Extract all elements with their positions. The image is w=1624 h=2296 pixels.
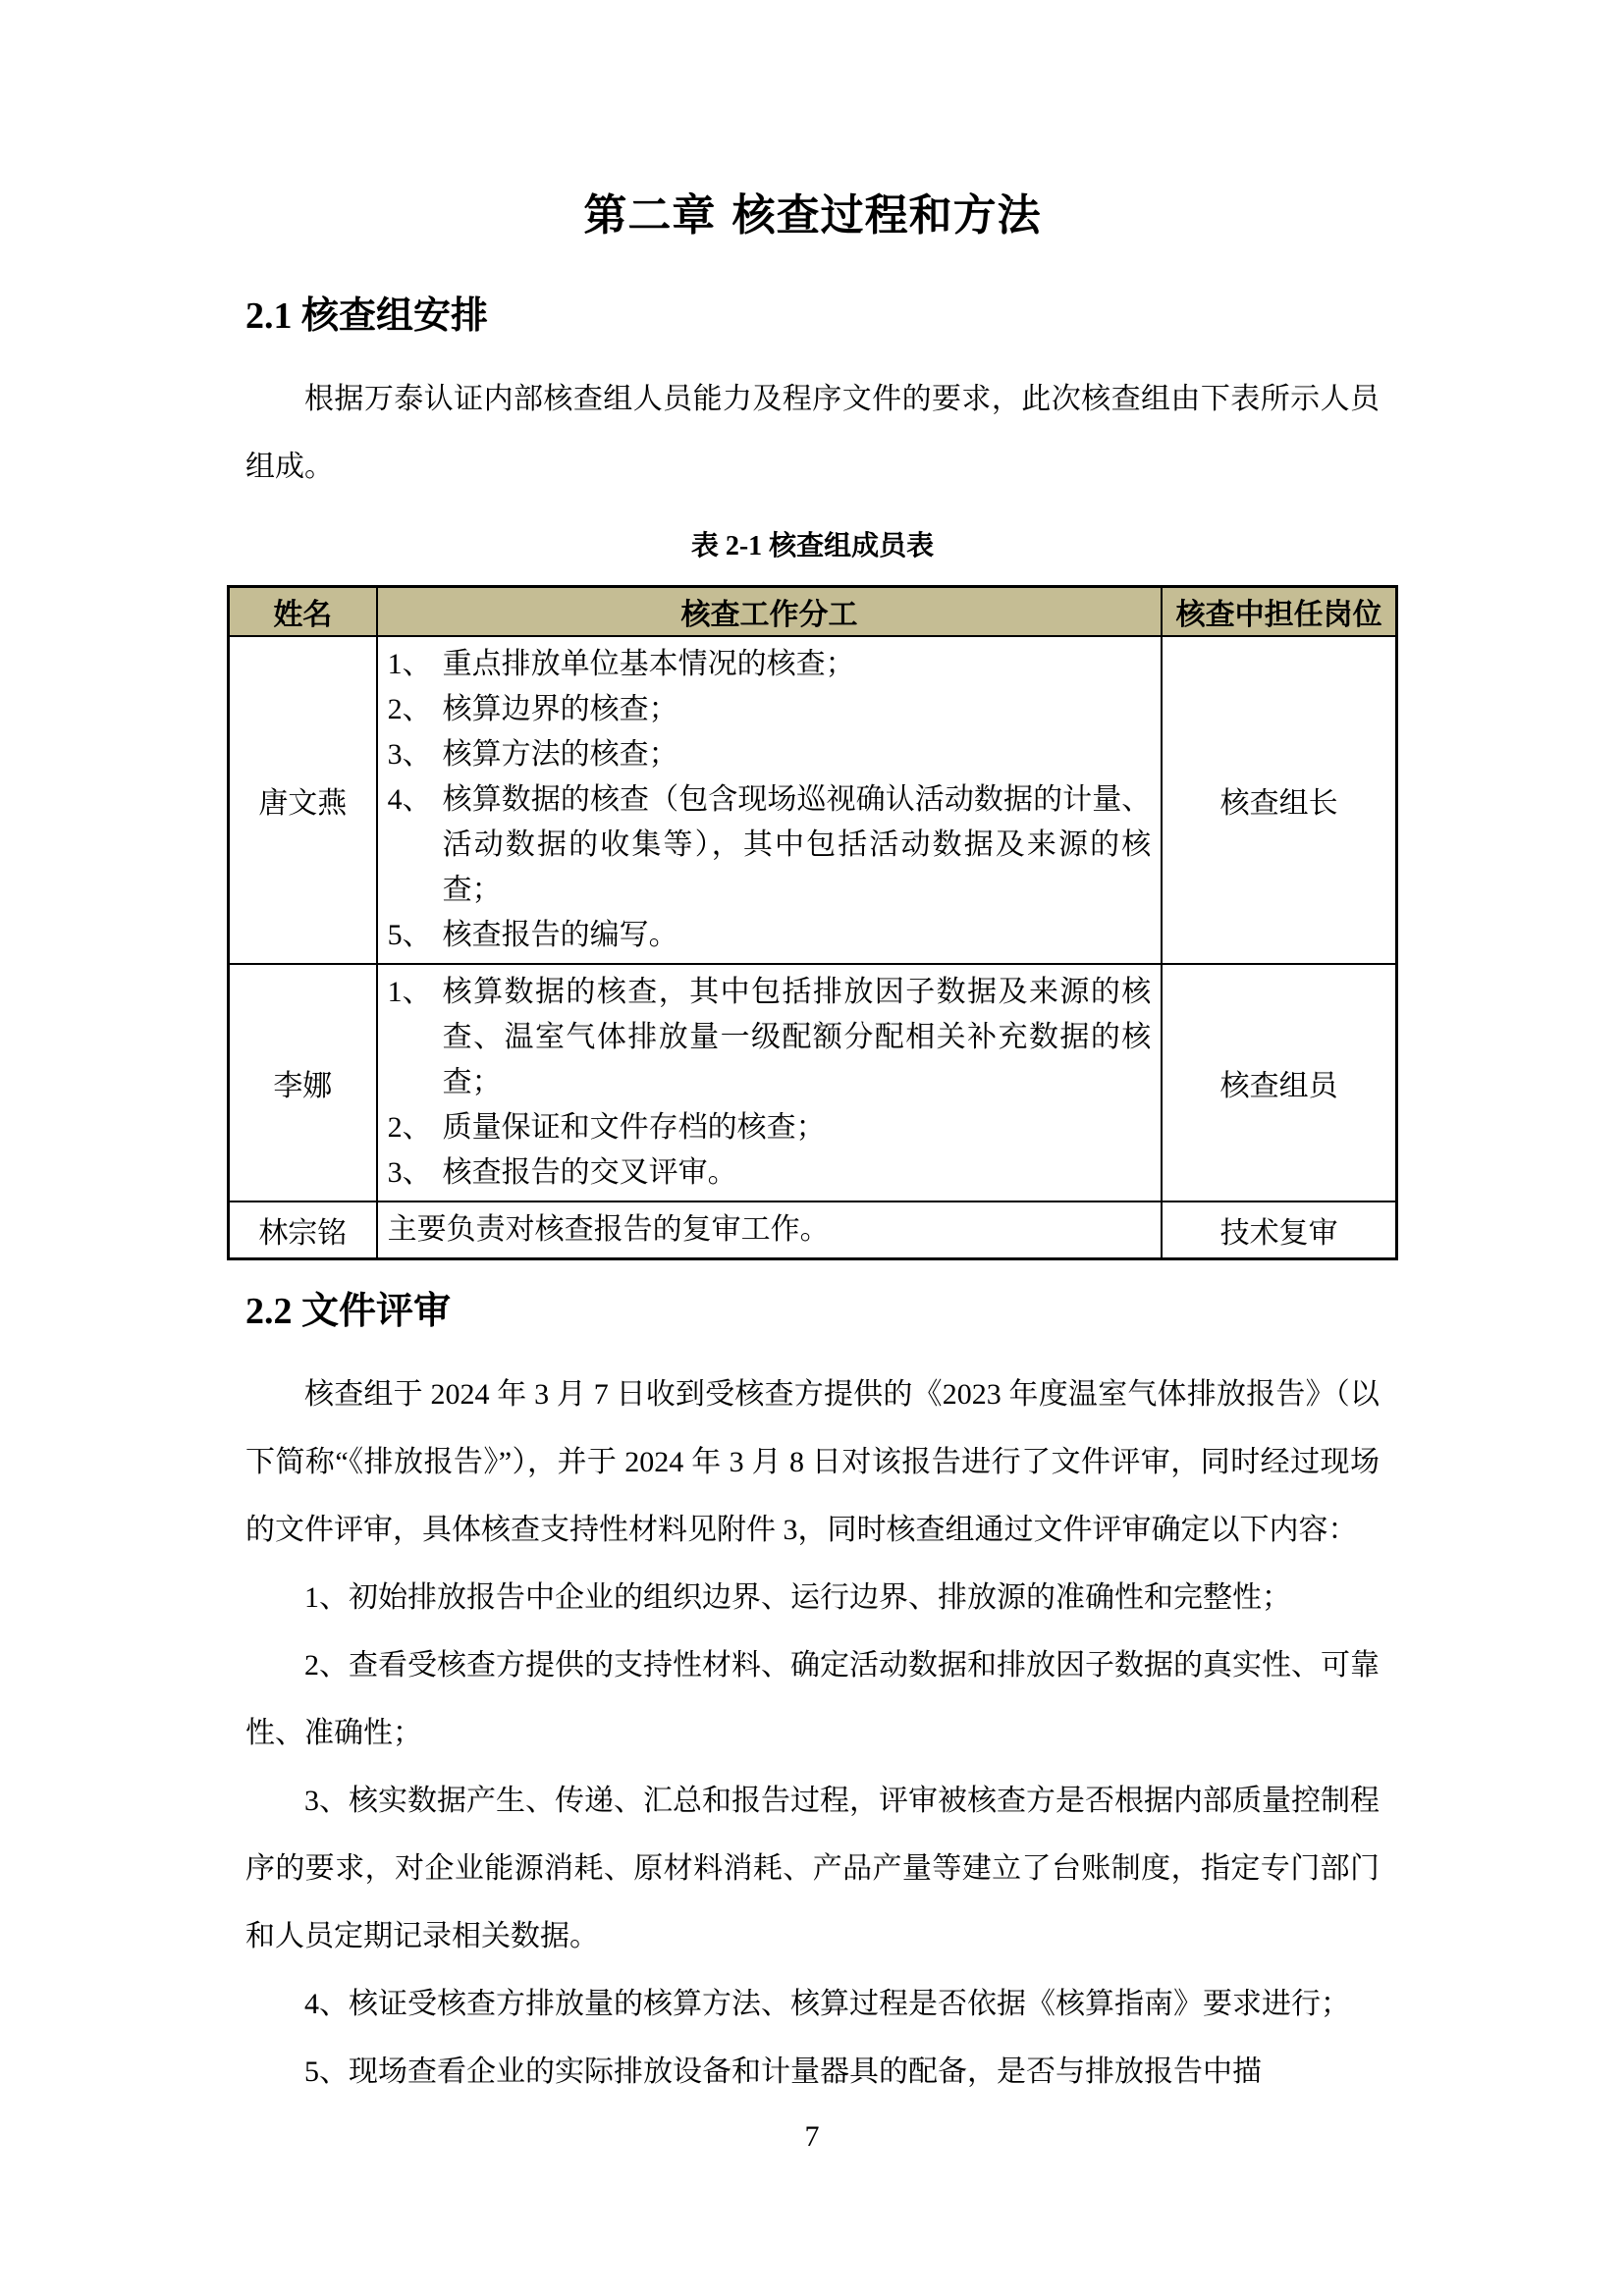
section-2-1-heading: 2.1 核查组安排: [245, 293, 1380, 340]
member-duties: 1、 重点排放单位基本情况的核查； 2、 核算边界的核查； 3、 核算方法的核查…: [377, 636, 1163, 964]
duty-item: 2、 质量保证和文件存档的核查；: [388, 1105, 1152, 1150]
member-role: 技术复审: [1162, 1201, 1396, 1259]
duty-item: 1、 核算数据的核查，其中包括排放因子数据及来源的核查、温室气体排放量一级配额分…: [388, 970, 1152, 1105]
page-content: 第二章 核查过程和方法 2.1 核查组安排 根据万泰认证内部核查组人员能力及程序…: [245, 0, 1380, 2106]
duty-text: 核查报告的编写。: [443, 913, 1152, 958]
duty-number: 1、: [388, 970, 443, 1105]
table-row: 林宗铭 主要负责对核查报告的复审工作。 技术复审: [229, 1201, 1397, 1259]
table-header-row: 姓名 核查工作分工 核查中担任岗位: [229, 587, 1397, 637]
duty-item: 3、 核查报告的交叉评审。: [388, 1150, 1152, 1196]
duty-text: 主要负责对核查报告的复审工作。: [388, 1207, 1152, 1253]
duty-item: 3、 核算方法的核查；: [388, 732, 1152, 777]
member-name: 李娜: [229, 964, 377, 1201]
duty-text: 核查报告的交叉评审。: [443, 1150, 1152, 1196]
member-duties: 主要负责对核查报告的复审工作。: [377, 1201, 1163, 1259]
section-2-2-paragraph: 核查组于 2024 年 3 月 7 日收到受核查方提供的《2023 年度温室气体…: [245, 1361, 1380, 1564]
duty-number: 3、: [388, 1150, 443, 1196]
chapter-title: 第二章 核查过程和方法: [245, 0, 1380, 243]
duty-number: 2、: [388, 1105, 443, 1150]
section-2-2-item-2: 2、查看受核查方提供的支持性材料、确定活动数据和排放因子数据的真实性、可靠性、准…: [245, 1631, 1380, 1767]
section-2-1-paragraph: 根据万泰认证内部核查组人员能力及程序文件的要求，此次核查组由下表所示人员组成。: [245, 365, 1380, 501]
members-table: 姓名 核查工作分工 核查中担任岗位 唐文燕 1、 重点排放单位基本情况的核查； …: [227, 585, 1398, 1260]
member-name: 林宗铭: [229, 1201, 377, 1259]
duty-number: 1、: [388, 642, 443, 687]
duty-item: 5、 核查报告的编写。: [388, 913, 1152, 958]
column-header-duties: 核查工作分工: [377, 587, 1163, 637]
member-duties: 1、 核算数据的核查，其中包括排放因子数据及来源的核查、温室气体排放量一级配额分…: [377, 964, 1163, 1201]
duty-text: 重点排放单位基本情况的核查；: [443, 642, 1152, 687]
duty-text: 质量保证和文件存档的核查；: [443, 1105, 1152, 1150]
duty-item: 4、 核算数据的核查（包含现场巡视确认活动数据的计量、活动数据的收集等），其中包…: [388, 777, 1152, 913]
table-caption: 表 2-1 核查组成员表: [245, 530, 1380, 563]
member-name: 唐文燕: [229, 636, 377, 964]
duty-text: 核算数据的核查（包含现场巡视确认活动数据的计量、活动数据的收集等），其中包括活动…: [443, 777, 1152, 913]
section-2-2-item-5: 5、现场查看企业的实际排放设备和计量器具的配备，是否与排放报告中描: [245, 2038, 1380, 2106]
section-2-2-body: 核查组于 2024 年 3 月 7 日收到受核查方提供的《2023 年度温室气体…: [245, 1361, 1380, 2106]
duty-number: 4、: [388, 777, 443, 913]
duty-item: 2、 核算边界的核查；: [388, 687, 1152, 732]
page-number: 7: [0, 2120, 1624, 2154]
duty-number: 5、: [388, 913, 443, 958]
duty-number: 2、: [388, 687, 443, 732]
table-row: 唐文燕 1、 重点排放单位基本情况的核查； 2、 核算边界的核查； 3、 核算方…: [229, 636, 1397, 964]
duty-item: 1、 重点排放单位基本情况的核查；: [388, 642, 1152, 687]
duty-number: 3、: [388, 732, 443, 777]
column-header-name: 姓名: [229, 587, 377, 637]
section-2-2-item-3: 3、核实数据产生、传递、汇总和报告过程，评审被核查方是否根据内部质量控制程序的要…: [245, 1767, 1380, 1970]
duty-text: 核算数据的核查，其中包括排放因子数据及来源的核查、温室气体排放量一级配额分配相关…: [443, 970, 1152, 1105]
duty-text: 核算方法的核查；: [443, 732, 1152, 777]
section-2-2-heading: 2.2 文件评审: [245, 1288, 1380, 1335]
document-page: { "chapter": { "title": "第二章 核查过程和方法" },…: [0, 0, 1624, 2296]
section-2-2-item-4: 4、核证受核查方排放量的核算方法、核算过程是否依据《核算指南》要求进行；: [245, 1970, 1380, 2038]
duty-text: 核算边界的核查；: [443, 687, 1152, 732]
table-row: 李娜 1、 核算数据的核查，其中包括排放因子数据及来源的核查、温室气体排放量一级…: [229, 964, 1397, 1201]
column-header-role: 核查中担任岗位: [1162, 587, 1396, 637]
member-role: 核查组长: [1162, 636, 1396, 964]
section-2-2-item-1: 1、初始排放报告中企业的组织边界、运行边界、排放源的准确性和完整性；: [245, 1564, 1380, 1631]
member-role: 核查组员: [1162, 964, 1396, 1201]
